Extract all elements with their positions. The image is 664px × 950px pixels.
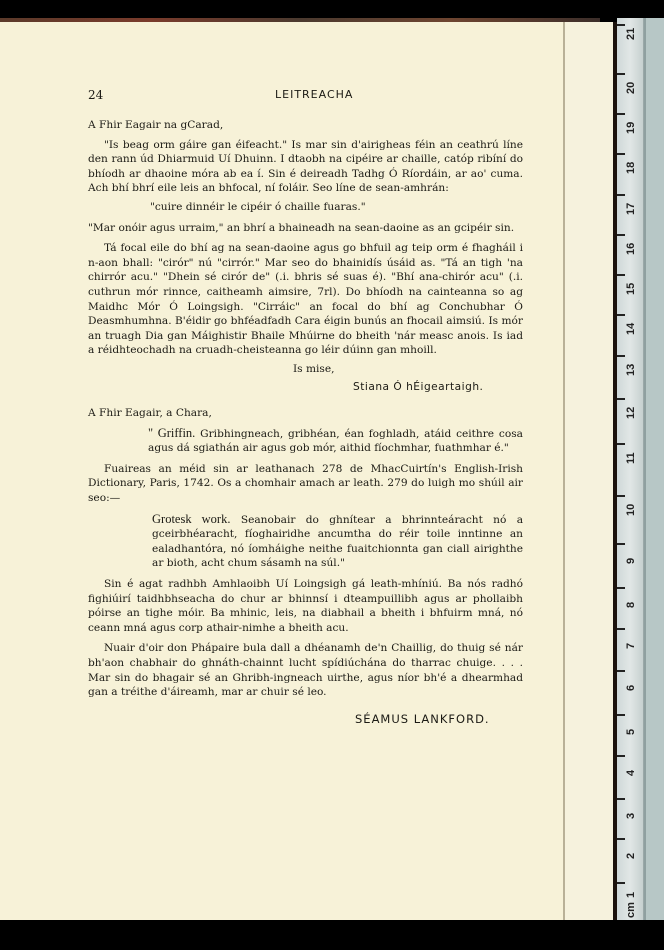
ruler-label: 19: [625, 122, 637, 134]
ruler-tick: [617, 153, 625, 155]
letter-salutation: A Fhir Eagair na gCarad,: [88, 118, 523, 133]
letter-closing: Is mise,: [88, 362, 523, 377]
quote-headword: Grotesk work.: [152, 512, 230, 526]
dictionary-quote: " Griffin. Gribhingneach, gribhéan, éan …: [88, 426, 523, 456]
letter-1: A Fhir Eagair na gCarad, "Is beag orm gá…: [88, 118, 523, 394]
ruler-label: 8: [625, 602, 637, 608]
ruler-tick: [617, 714, 625, 716]
ruler-tick: [617, 398, 625, 400]
ruler-label: 12: [625, 407, 637, 419]
dictionary-quote: Grotesk work. Seanobair do ghnítear a bh…: [88, 512, 523, 571]
ruler-label: 14: [625, 323, 637, 335]
ruler-label: 9: [625, 558, 637, 564]
ruler-label: 20: [625, 82, 637, 94]
ruler-tick: [617, 355, 625, 357]
ruler-tick: [617, 755, 625, 757]
verse-quote: "cuire dinnéir le cipéir ó chaille fuara…: [88, 200, 523, 215]
ruler-tick: [617, 73, 625, 75]
page-header: 24 LEITREACHA: [88, 88, 523, 106]
ruler-tick: [617, 798, 625, 800]
ruler-unit-label: cm: [625, 902, 637, 918]
ruler-tick: [617, 628, 625, 630]
ruler-tick: [617, 24, 625, 26]
ruler-tick: [617, 838, 625, 840]
letter-paragraph: Fuaireas an méid sin ar leathanach 278 d…: [88, 462, 523, 506]
ruler-tick: [617, 314, 625, 316]
ruler-tick: [617, 274, 625, 276]
ruler-label: 3: [625, 813, 637, 819]
ruler-label: 1: [625, 892, 637, 898]
letter-2: A Fhir Eagair, a Chara, " Griffin. Gribh…: [88, 406, 523, 726]
letter-paragraph: Tá focal eile do bhí ag na sean-daoine a…: [88, 241, 523, 358]
page-edge-strip: [565, 22, 613, 920]
letter-signature: SÉAMUS LANKFORD.: [88, 712, 523, 727]
ruler-tick: [617, 495, 625, 497]
ruler-label: 6: [625, 685, 637, 691]
ruler-tick: [617, 194, 625, 196]
letter-signature: Stiana Ó hÉigeartaigh.: [88, 380, 523, 395]
ruler-label: 2: [625, 853, 637, 859]
ruler-label: 17: [625, 203, 637, 215]
ruler-label: 13: [625, 364, 637, 376]
quote-text: Gribhingneach, gribhéan, éan foghladh, a…: [148, 428, 523, 455]
ruler-tick: [617, 587, 625, 589]
ruler-label: 21: [625, 28, 637, 40]
ruler-label: 16: [625, 243, 637, 255]
letter-paragraph: "Mar onóir agus urraim," an bhrí a bhain…: [88, 221, 523, 236]
running-title: LEITREACHA: [275, 88, 353, 103]
letter-paragraph: "Is beag orm gáire gan éifeacht." Is mar…: [88, 138, 523, 196]
ruler-label: 5: [625, 729, 637, 735]
ruler-tick: [617, 543, 625, 545]
ruler-tick: [617, 113, 625, 115]
page-number: 24: [88, 88, 103, 103]
scan-bottom-border: [0, 920, 664, 950]
ruler-label: 4: [625, 770, 637, 776]
scanner-background: [644, 18, 664, 922]
ruler-tick: [617, 882, 625, 884]
ruler-label: 7: [625, 643, 637, 649]
scan-top-border: [0, 0, 664, 18]
ruler-label: 18: [625, 162, 637, 174]
ruler-label: 11: [625, 452, 637, 464]
ruler-label: 15: [625, 283, 637, 295]
ruler-label: 10: [625, 504, 637, 516]
ruler-tick: [617, 234, 625, 236]
measuring-ruler: 21 20 19 18 17 16 15 14 13 12 11 10 9 8 …: [617, 18, 644, 922]
letter-salutation: A Fhir Eagair, a Chara,: [88, 406, 523, 421]
letter-paragraph: Nuair d'oir don Phápaire bula dall a dhé…: [88, 641, 523, 699]
ruler-tick: [617, 443, 625, 445]
page-content: 24 LEITREACHA A Fhir Eagair na gCarad, "…: [88, 88, 523, 726]
letter-paragraph: Sin é agat radhbh Amhlaoibh Uí Loingsigh…: [88, 577, 523, 635]
quote-headword: " Griffin.: [148, 426, 195, 440]
ruler-tick: [617, 670, 625, 672]
